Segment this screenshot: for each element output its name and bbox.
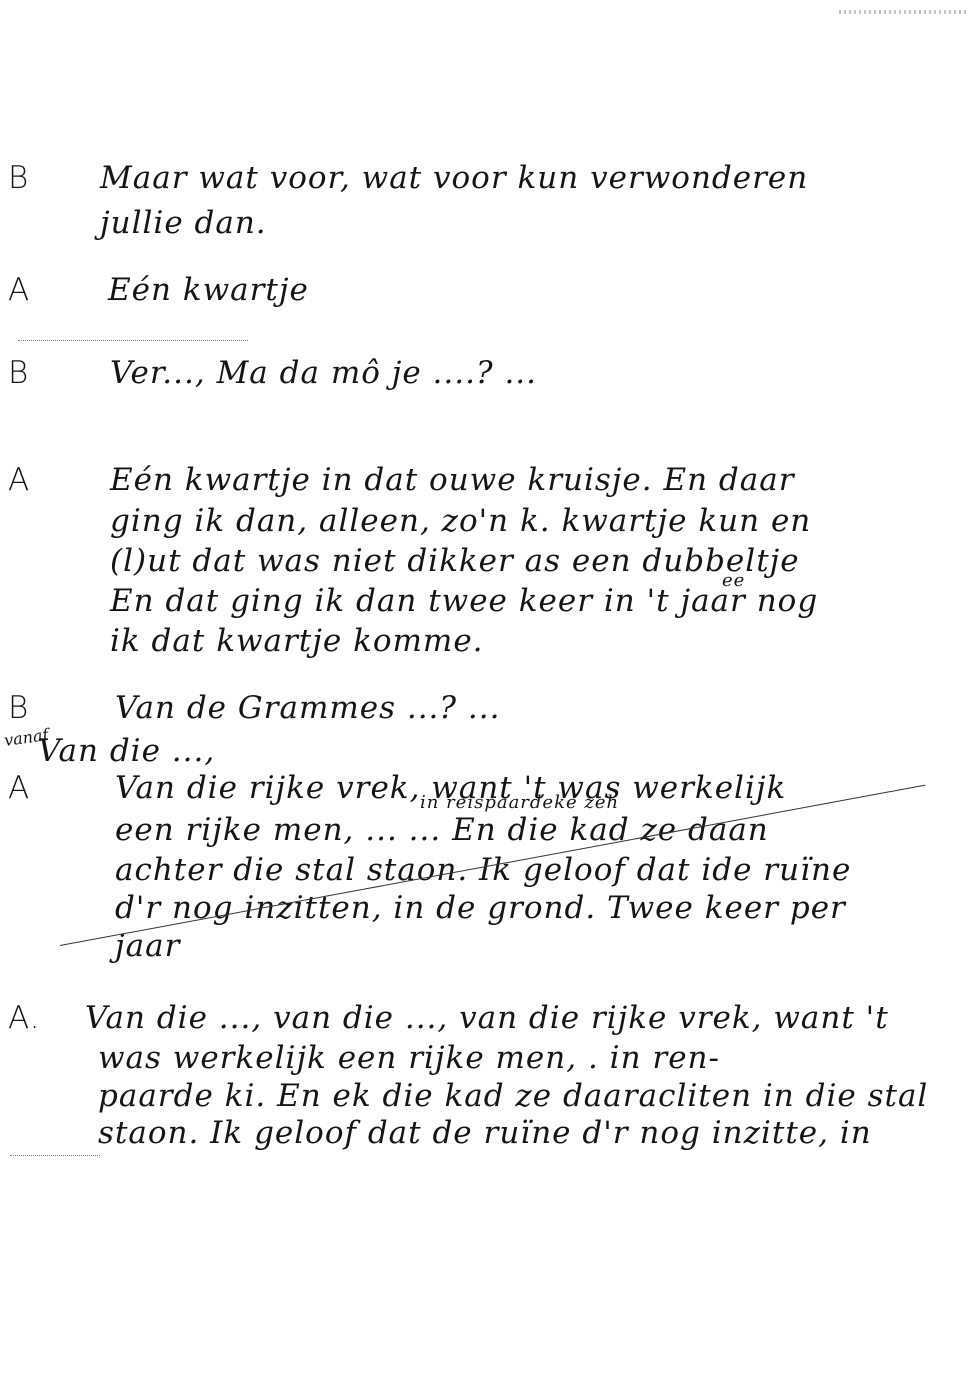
speaker-label: B xyxy=(8,160,29,196)
line-text: (l)ut dat was niet dikker as een dubbelt… xyxy=(110,543,800,579)
line-text: paarde ki. En ek die kad ze daaracliten … xyxy=(98,1078,928,1114)
line-text: ging ik dan, alleen, zo'n k. kwartje kun… xyxy=(110,503,811,539)
speaker-label: A xyxy=(8,462,30,498)
line-text: jullie dan. xyxy=(100,205,267,241)
line-text: Van die ..., van die ..., van die rijke … xyxy=(85,1000,889,1036)
line-text: Maar wat voor, wat voor kun verwonderen xyxy=(100,160,808,196)
line-text: En dat ging ik dan twee keer in 't jaar … xyxy=(110,583,818,619)
dotted-rule xyxy=(10,1155,100,1157)
line-text: Van die ..., xyxy=(38,733,215,769)
speaker-label: A xyxy=(8,770,30,806)
scanned-page: B Maar wat voor, wat voor kun verwondere… xyxy=(0,0,979,1394)
line-text: een rijke men, ... ... En die kad ze daa… xyxy=(115,812,769,848)
line-text: d'r nog inzitten, in de grond. Twee keer… xyxy=(115,890,846,926)
line-text: Eén kwartje in dat ouwe kruisje. En daar xyxy=(110,462,795,498)
interlinear-note: in reispaardeke zeh xyxy=(420,792,619,813)
speaker-label: B xyxy=(8,355,29,391)
line-text: Van de Grammes ...? ... xyxy=(115,690,500,726)
dotted-rule xyxy=(18,340,248,342)
speaker-label: A. xyxy=(8,1000,41,1036)
line-text: staon. Ik geloof dat de ruïne d'r nog in… xyxy=(98,1115,872,1151)
line-text: Ver..., Ma da mô je ....? ... xyxy=(110,355,537,391)
line-text: achter die stal staon. Ik geloof dat ide… xyxy=(115,852,851,888)
line-text: Eén kwartje xyxy=(108,272,309,308)
line-text: was werkelijk een rijke men, . in ren- xyxy=(98,1040,720,1076)
speaker-label: A xyxy=(8,272,30,308)
speaker-label: B xyxy=(8,690,29,726)
scan-artifact xyxy=(839,10,969,14)
line-text: ik dat kwartje komme. xyxy=(110,623,484,659)
insertion-mark: ee xyxy=(722,570,745,591)
